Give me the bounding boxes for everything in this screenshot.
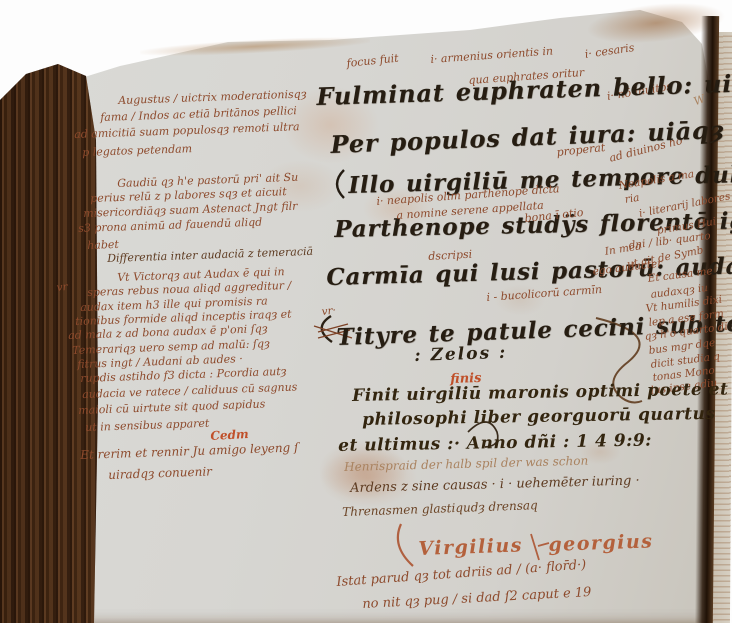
- interlinear-gloss: dscripsi: [428, 248, 472, 263]
- margin-fragment: vr·: [321, 305, 336, 318]
- title-rubric-georgius: georgius: [548, 530, 654, 556]
- zelos-mark: : Zelos :: [414, 343, 508, 366]
- left-margin-note: habet: [87, 238, 119, 252]
- right-margin-note: ria: [624, 192, 640, 206]
- manuscript-photo: focus fuit i· armenius orientis in qua e…: [0, 0, 732, 623]
- left-margin-rubric: Cedm: [210, 427, 249, 443]
- title-rubric-virgilius: Virgilius: [418, 534, 523, 560]
- margin-fragment: vr: [56, 281, 68, 294]
